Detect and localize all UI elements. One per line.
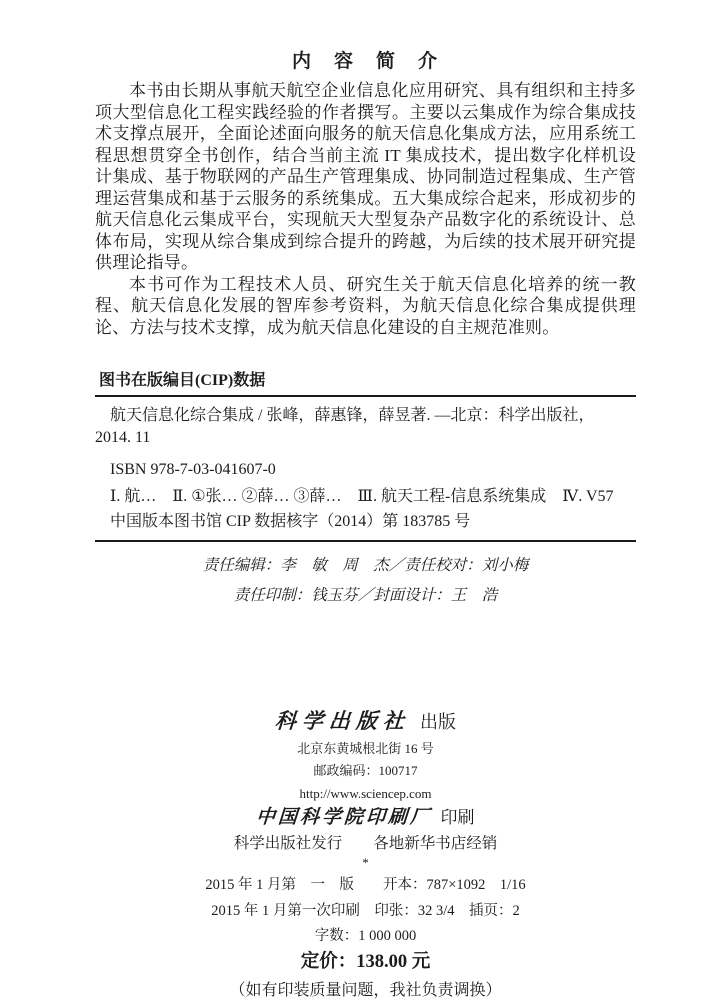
credits-section: 责任编辑：李 敏 周 杰／责任校对：刘小梅 责任印制：钱玉芬／封面设计：王 浩 [95, 551, 636, 611]
price-line: 定价：138.00 元 [95, 952, 636, 973]
credits-editors: 责任编辑：李 敏 周 杰／责任校对：刘小梅 [95, 551, 636, 581]
cip-section: 图书在版编目(CIP)数据 航天信息化综合集成 / 张峰，薛惠锋，薛昱著. —北… [95, 371, 636, 542]
intro-section: 本书由长期从事航天航空企业信息化应用研究、具有组织和主持多项大型信息化工程实践经… [95, 80, 636, 338]
postal-code: 邮政编码：100717 [95, 764, 636, 778]
publisher-address: 北京东黄城根北街 16 号 [95, 742, 636, 756]
isbn-number: ISBN 978-7-03-041607-0 [95, 459, 636, 481]
publisher-website: http://www.sciencep.com [95, 787, 636, 801]
divider-asterisk: * [95, 856, 636, 870]
edition-line: 2015 年 1 月第 一 版 开本：787×1092 1/16 [95, 877, 636, 894]
divider-rule [95, 540, 636, 542]
credits-printing-design: 责任印制：钱玉芬／封面设计：王 浩 [95, 581, 636, 611]
publisher-logo: 科学出版社 [274, 708, 411, 734]
printer-line: 中国科学院印刷厂印刷 [95, 806, 636, 830]
intro-paragraph: 本书可作为工程技术人员、研究生关于航天信息化培养的统一教程、航天信息化发展的智库… [95, 274, 636, 339]
printing-line: 2015 年 1 月第一次印刷 印张：32 3/4 插页：2 [95, 903, 636, 920]
quality-notice: （如有印装质量问题，我社负责调换） [95, 981, 636, 1000]
cip-book-line: 航天信息化综合集成 / 张峰，薛惠锋，薛昱著. —北京：科学出版社， [95, 405, 636, 427]
publisher-line: 科学出版社出版 [95, 708, 636, 735]
cip-heading: 图书在版编目(CIP)数据 [95, 371, 636, 391]
publisher-suffix: 出版 [420, 712, 456, 732]
intro-paragraph: 本书由长期从事航天航空企业信息化应用研究、具有组织和主持多项大型信息化工程实践经… [95, 80, 636, 274]
distribution-line: 科学出版社发行 各地新华书店经销 [95, 835, 636, 853]
copyright-page: 内 容 简 介 本书由长期从事航天航空企业信息化应用研究、具有组织和主持多项大型… [0, 0, 720, 1000]
page-title: 内 容 简 介 [95, 50, 636, 74]
cip-book-year: 2014. 11 [95, 427, 636, 449]
printer-logo: 中国科学院印刷厂 [256, 806, 434, 830]
cip-body: 航天信息化综合集成 / 张峰，薛惠锋，薛昱著. —北京：科学出版社， 2014.… [95, 405, 636, 533]
wordcount-line: 字数：1 000 000 [95, 928, 636, 945]
cip-classification: Ⅰ. 航… Ⅱ. ①张… ②薛… ③薛… Ⅲ. 航天工程-信息系统集成 Ⅳ. V… [95, 486, 636, 508]
printer-suffix: 印刷 [441, 808, 475, 827]
divider-rule [95, 395, 636, 397]
cip-registry-number: 中国版本图书馆 CIP 数据核字（2014）第 183785 号 [95, 511, 636, 533]
colophon-section: 科学出版社出版 北京东黄城根北街 16 号 邮政编码：100717 http:/… [95, 708, 636, 1000]
